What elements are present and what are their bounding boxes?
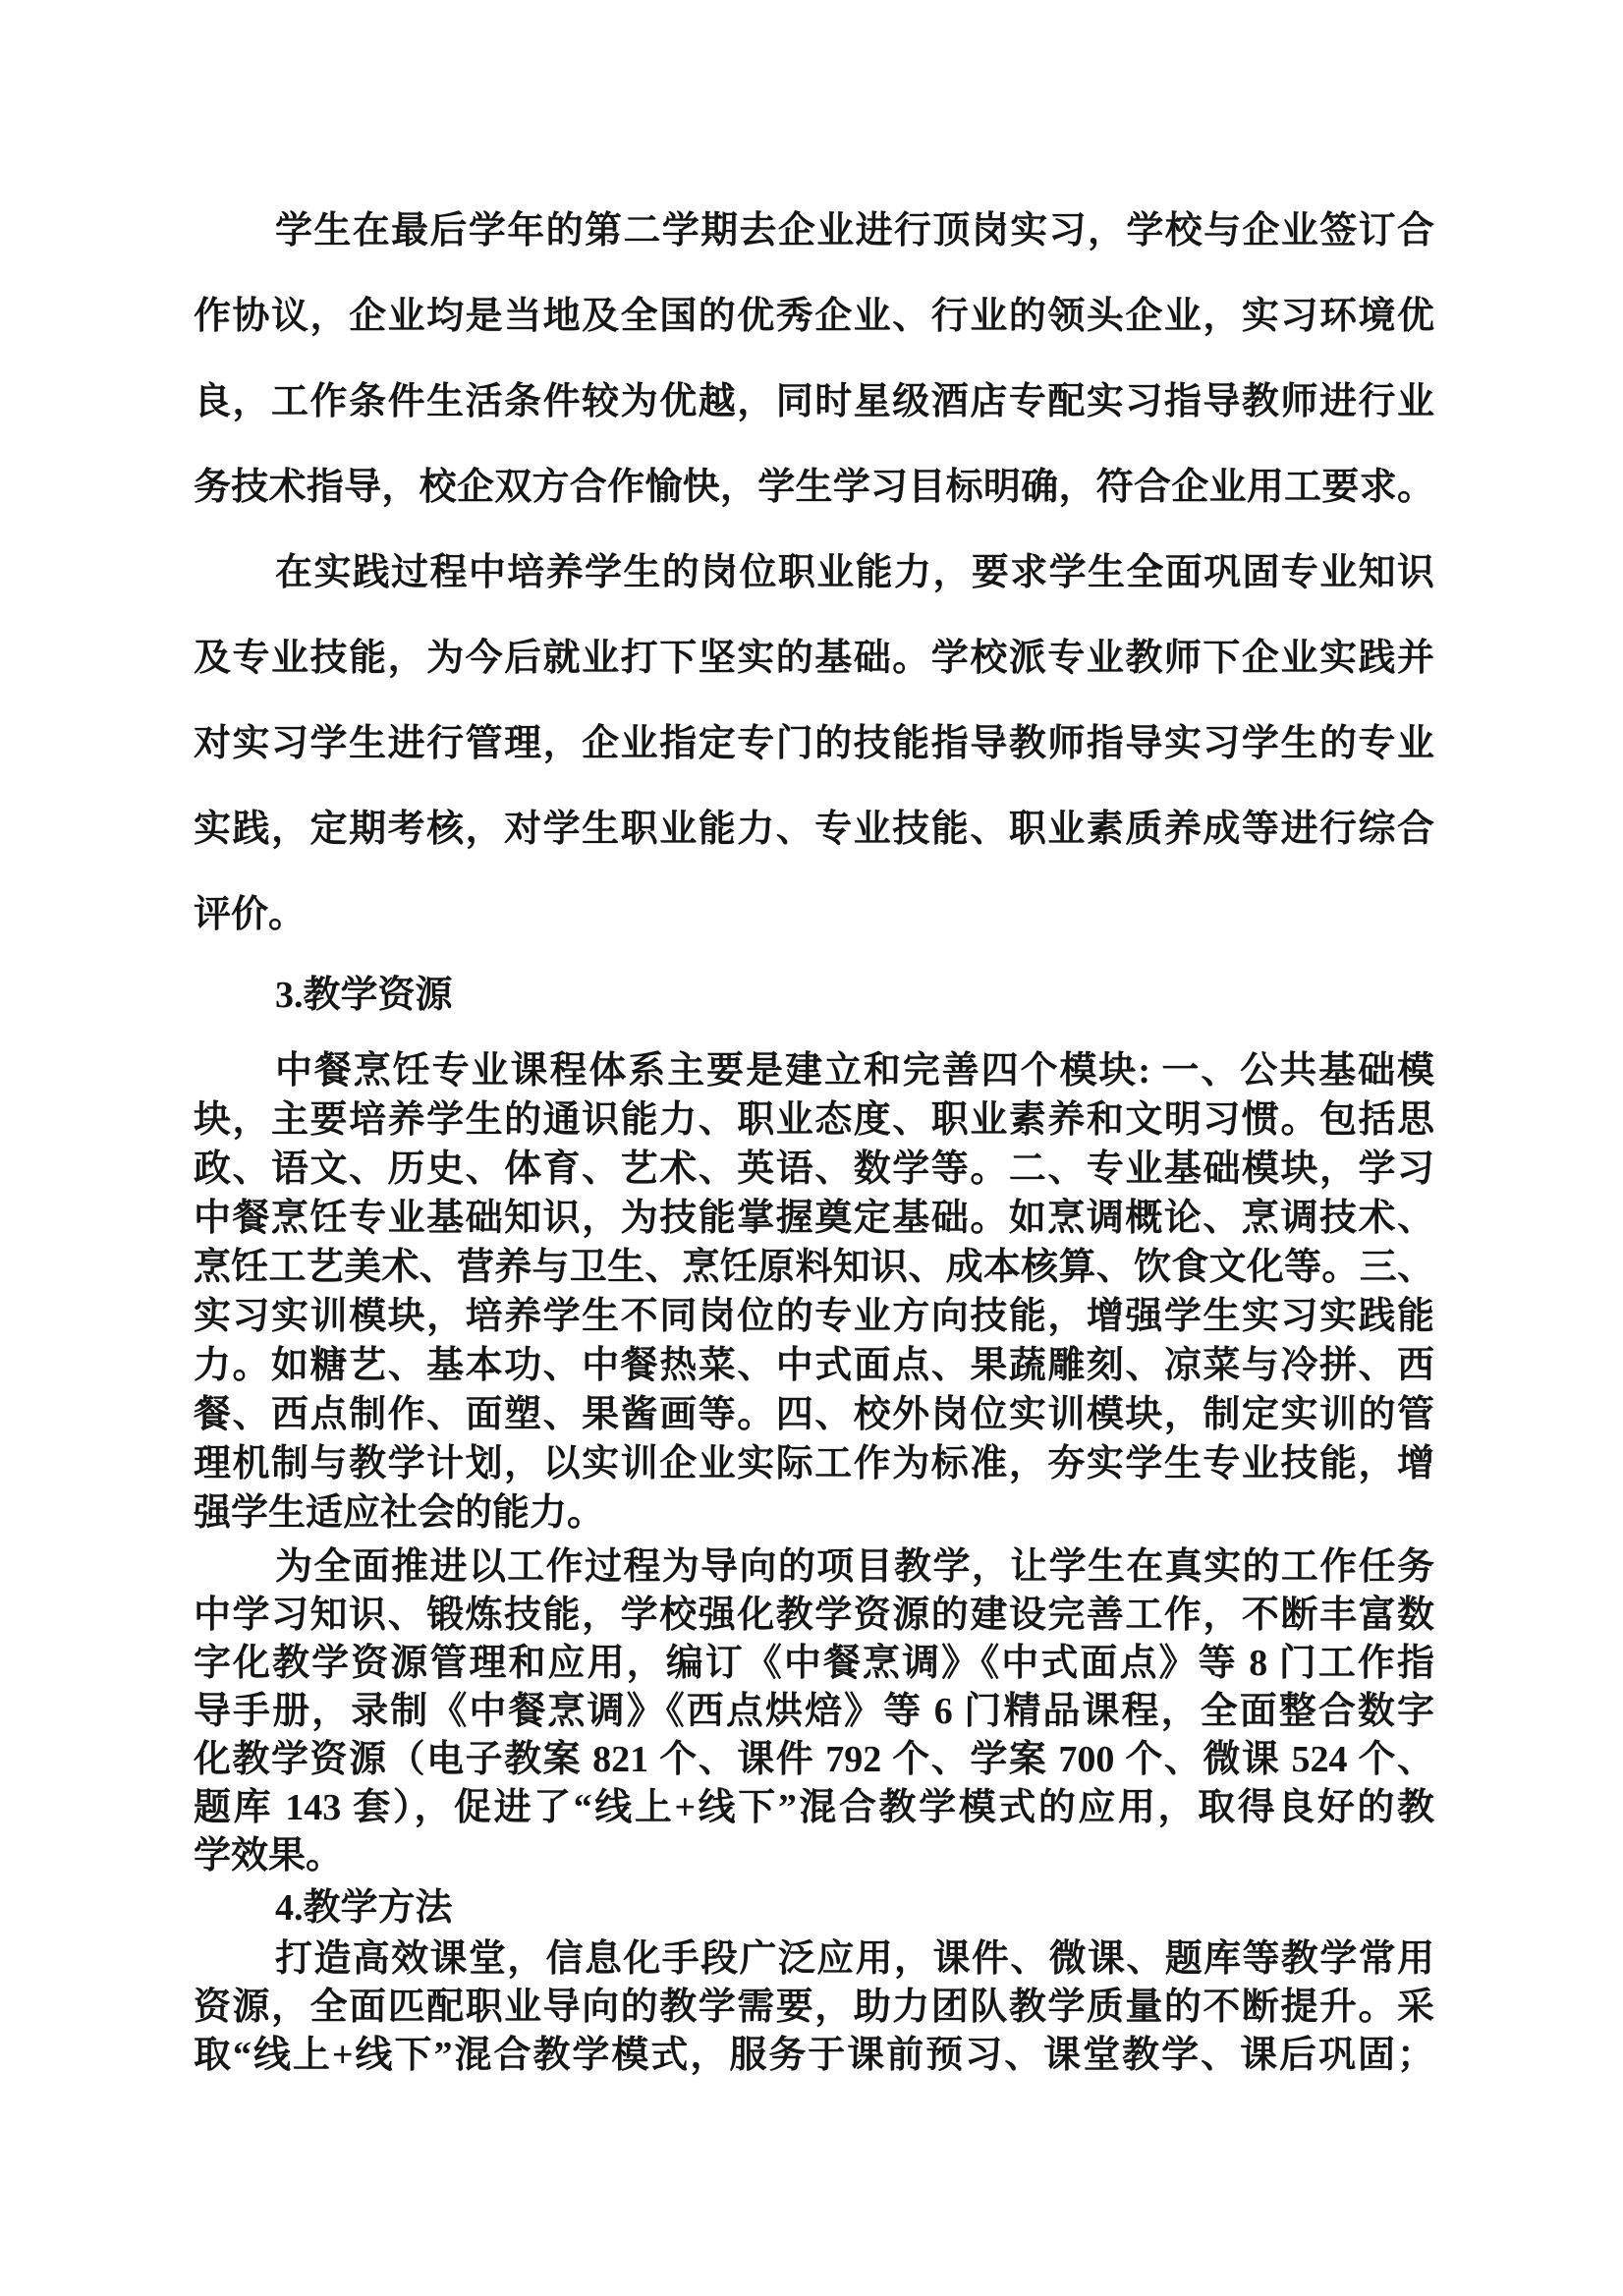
text-line: 烹饪工艺美术、营养与卫生、烹饪原料知识、成本核算、饮食文化等。三、: [194, 1243, 1434, 1292]
text-line: 实习实训模块，培养学生不同岗位的专业方向技能，增强学生实习实践能: [194, 1292, 1434, 1341]
text-line: 字化教学资源管理和应用，编订《中餐烹调》《中式面点》等 8 门工作指: [194, 1640, 1434, 1688]
text-line: 取“线上+线下”混合教学模式，服务于课前预习、课堂教学、课后巩固；: [194, 2032, 1434, 2080]
document-body: 学生在最后学年的第二学期去企业进行顶岗实习，学校与企业签订合 作协议，企业均是当…: [194, 189, 1434, 2080]
text-line: 餐、西点制作、面塑、果酱画等。四、校外岗位实训模块，制定实训的管: [194, 1390, 1434, 1439]
paragraph-internship-arrangement: 学生在最后学年的第二学期去企业进行顶岗实习，学校与企业签订合 作协议，企业均是当…: [194, 189, 1434, 531]
text-line: 及专业技能，为今后就业打下坚实的基础。学校派专业教师下企业实践并: [194, 616, 1434, 701]
paragraph-practice-management: 在实践过程中培养学生的岗位职业能力，要求学生全面巩固专业知识 及专业技能，为今后…: [194, 531, 1434, 958]
text-line: 强学生适应社会的能力。: [194, 1488, 1434, 1538]
paragraph-digital-resources: 为全面推进以工作过程为导向的项目教学，让学生在真实的工作任务 中学习知识、锻炼技…: [194, 1543, 1434, 1880]
text-line: 学效果。: [194, 1832, 1434, 1880]
paragraph-curriculum-modules: 中餐烹饪专业课程体系主要是建立和完善四个模块: 一、公共基础模 块，主要培养学生…: [194, 1046, 1434, 1538]
text-line: 资源，全面匹配职业导向的教学需要，助力团队教学质量的不断提升。采: [194, 1984, 1434, 2032]
text-line: 务技术指导，校企双方合作愉快，学生学习目标明确，符合企业用工要求。: [194, 445, 1434, 531]
text-line: 打造高效课堂，信息化手段广泛应用，课件、微课、题库等教学常用: [194, 1935, 1434, 1984]
text-line: 理机制与教学计划，以实训企业实际工作为标准，夯实学生专业技能，增: [194, 1439, 1434, 1488]
text-line: 题库 143 套），促进了“线上+线下”混合教学模式的应用，取得良好的教: [194, 1784, 1434, 1832]
text-line: 为全面推进以工作过程为导向的项目教学，让学生在真实的工作任务: [194, 1543, 1434, 1592]
text-line: 中餐烹饪专业基础知识，为技能掌握奠定基础。如烹调概论、烹调技术、: [194, 1194, 1434, 1243]
text-line: 中学习知识、锻炼技能，学校强化教学资源的建设完善工作，不断丰富数: [194, 1592, 1434, 1640]
text-line: 在实践过程中培养学生的岗位职业能力，要求学生全面巩固专业知识: [194, 531, 1434, 616]
text-line: 学生在最后学年的第二学期去企业进行顶岗实习，学校与企业签订合: [194, 189, 1434, 274]
text-line: 导手册，录制《中餐烹调》《西点烘焙》等 6 门精品课程，全面整合数字: [194, 1688, 1434, 1736]
section-heading-teaching-methods: 4.教学方法: [194, 1880, 1434, 1935]
text-line: 力。如糖艺、基本功、中餐热菜、中式面点、果蔬雕刻、凉菜与冷拼、西: [194, 1341, 1434, 1390]
paragraph-teaching-methods: 打造高效课堂，信息化手段广泛应用，课件、微课、题库等教学常用 资源，全面匹配职业…: [194, 1935, 1434, 2080]
text-line: 化教学资源（电子教案 821 个、课件 792 个、学案 700 个、微课 52…: [194, 1736, 1434, 1784]
text-line: 评价。: [194, 872, 1434, 958]
document-page: 学生在最后学年的第二学期去企业进行顶岗实习，学校与企业签订合 作协议，企业均是当…: [0, 0, 1623, 2296]
text-line: 良，工作条件生活条件较为优越，同时星级酒店专配实习指导教师进行业: [194, 360, 1434, 445]
section-heading-teaching-resources: 3.教学资源: [194, 958, 1434, 1033]
text-line: 中餐烹饪专业课程体系主要是建立和完善四个模块: 一、公共基础模: [194, 1046, 1434, 1095]
text-line: 块，主要培养学生的通识能力、职业态度、职业素养和文明习惯。包括思: [194, 1095, 1434, 1145]
text-line: 政、语文、历史、体育、艺术、英语、数学等。二、专业基础模块，学习: [194, 1145, 1434, 1194]
text-line: 对实习学生进行管理，企业指定专门的技能指导教师指导实习学生的专业: [194, 701, 1434, 787]
text-line: 实践，定期考核，对学生职业能力、专业技能、职业素质养成等进行综合: [194, 787, 1434, 872]
text-line: 作协议，企业均是当地及全国的优秀企业、行业的领头企业，实习环境优: [194, 274, 1434, 360]
